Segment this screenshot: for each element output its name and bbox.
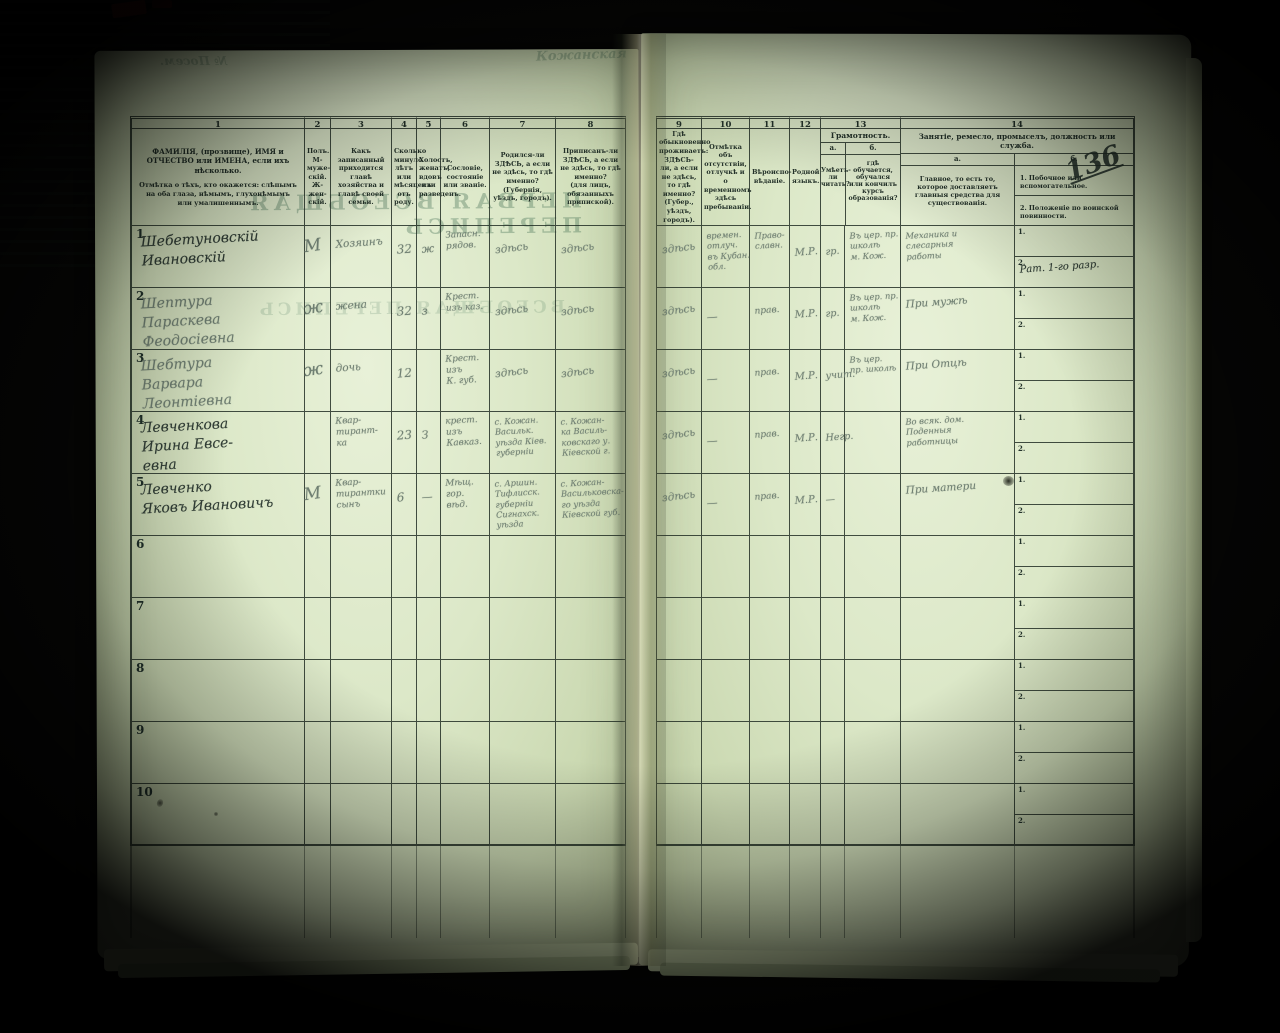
row-2-literacy_a: гр. [821, 288, 845, 350]
handwritten-entry: М.Р. [790, 490, 818, 508]
occupation-a-label: Главное, то есть то, которое доставляетъ… [901, 166, 1014, 225]
row-4-religion: прав. [750, 412, 790, 474]
literacy-b-label: гдѣ обучается, обучался или кончилъ курс… [846, 155, 900, 225]
handwritten-entry: Запасн. рядов. [441, 226, 481, 253]
row-3-name: 3Шебтура Варвара Леонтіевна [130, 350, 305, 412]
row-1-occupation_side1: 1. [1015, 226, 1133, 257]
handwritten-entry: здѣсь [490, 299, 529, 320]
handwritten-entry: Квар- тирант- ка [331, 412, 379, 450]
handwritten-entry: Шептура Параскева Феодосіевна [132, 285, 235, 353]
row-10-occupation-side: 1.2. [1015, 784, 1135, 846]
row-6-occupation_side2: 2. [1015, 567, 1133, 597]
row-1-literacy_b: Въ цер. пр. школѣ м. Кож. [845, 226, 901, 288]
handwritten-entry: здѣсь [556, 299, 595, 320]
col8-header: Приписанъ-ли ЗДѢСЬ, а если не здѣсь, то … [556, 129, 626, 226]
row-7-resides [656, 598, 702, 660]
row-4-absence: — [702, 412, 750, 474]
page-gutter [626, 116, 656, 129]
row-7-estate [441, 598, 490, 660]
row-7-age [392, 598, 417, 660]
row-10-age [392, 784, 417, 846]
row-2-religion: прав. [750, 288, 790, 350]
sub-row-number: 2. [1018, 816, 1025, 825]
row-2-name: 2Шептура Параскева Феодосіевна [130, 288, 305, 350]
row-8-occupation_side1: 1. [1015, 660, 1133, 691]
handwritten-entry: ж [298, 355, 325, 383]
row-9-name: 9 [130, 722, 305, 784]
handwritten-entry: прав. [750, 302, 780, 319]
row-2-age: 32 [392, 288, 417, 350]
row-7-relation [331, 598, 392, 660]
ink-blot [1003, 476, 1014, 486]
row-5-literacy_a: — [821, 474, 845, 536]
row-3-occupation_side2: 2. [1015, 381, 1133, 411]
page-gutter [626, 350, 656, 412]
row-3-relation: дочь [331, 350, 392, 412]
sub-row-number: 2. [1018, 320, 1025, 329]
row-9-resides [656, 722, 702, 784]
row-3-estate: Крест. изъ К. губ. [441, 350, 490, 412]
row-7-marital [417, 598, 441, 660]
row-10-registered [556, 784, 626, 846]
handwritten-entry: — [821, 491, 836, 507]
row-6-occupation-side: 1.2. [1015, 536, 1135, 598]
row-8-religion [750, 660, 790, 722]
row-9-literacy_a [821, 722, 845, 784]
row-9-age [392, 722, 417, 784]
row-9-occupation_side2: 2. [1015, 753, 1133, 783]
row-8-registered [556, 660, 626, 722]
row-5-relation: Квар- тирантки сынъ [331, 474, 392, 536]
row-9-occupation_main [901, 722, 1015, 784]
col11-header: Вѣроиспо-вѣданіе. [750, 129, 790, 226]
column-line-extension [305, 846, 331, 938]
row-3-marital [417, 350, 441, 412]
handwritten-entry: с. Кожан- ка Василь- ковскаго у. Кіевско… [556, 411, 611, 458]
column-line-extension [790, 846, 821, 938]
row-8-language [790, 660, 821, 722]
col7-number: 7 [490, 116, 556, 129]
row-number: 8 [136, 661, 144, 675]
row-10-relation [331, 784, 392, 846]
sub-row-number: 2. [1018, 444, 1025, 453]
row-3-resides: здѣсь [656, 350, 702, 412]
handwritten-entry: — [702, 307, 718, 325]
page-gutter [626, 536, 656, 598]
row-6-age [392, 536, 417, 598]
row-8-occupation_main [901, 660, 1015, 722]
handwritten-entry: с. Аршин. Тифлисск. губерніи Сигнахск. у… [490, 473, 542, 530]
column-line-extension [901, 846, 1015, 938]
column-line-extension [626, 846, 656, 938]
sub-row-number: 2. [1018, 506, 1025, 515]
row-7-occupation_side2: 2. [1015, 629, 1133, 659]
row-9-born [490, 722, 556, 784]
handwritten-entry: Крест. изъ каз. [441, 288, 483, 315]
row-8-occupation-side: 1.2. [1015, 660, 1135, 722]
handwritten-entry: М.Р. [790, 242, 818, 260]
literacy-header-title: Грамотность. [821, 129, 900, 143]
row-3-occupation_main: При Отцѣ [901, 350, 1015, 412]
row-1-occupation_main: Механика и слесарныя работы [901, 226, 1015, 288]
row-7-born [490, 598, 556, 660]
row-9-occupation-side: 1.2. [1015, 722, 1135, 784]
row-5-language: М.Р. [790, 474, 821, 536]
col1-header-note: Отмѣтка о тѣхъ, кто окажется: слѣпымъ на… [138, 181, 298, 207]
handwritten-entry: М [298, 231, 323, 259]
col5-number: 5 [417, 116, 441, 129]
row-8-literacy_b [845, 660, 901, 722]
row-9-estate [441, 722, 490, 784]
handwritten-entry: — [702, 369, 718, 387]
census-table: 1 2 3 4 5 6 7 8 9 10 11 12 13 14 ФАМИЛІЯ… [130, 116, 1135, 938]
row-4-marital: З [417, 412, 441, 474]
handwritten-entry: здѣсь [657, 423, 696, 444]
row-6-sex [305, 536, 331, 598]
row-6-name: 6 [130, 536, 305, 598]
handwritten-entry: 6 [392, 487, 405, 506]
row-1-occupation_side2: 2.Рат. 1-го разр. [1015, 257, 1133, 287]
row-10-literacy_b [845, 784, 901, 846]
sub-row-number: 1. [1018, 723, 1025, 732]
handwritten-entry: 32 [392, 239, 413, 259]
handwritten-entry: Во всяк. дом. Поденныя работницы [901, 411, 965, 448]
page-gutter [626, 288, 656, 350]
page-gutter [626, 784, 656, 846]
handwritten-entry: ж [298, 293, 325, 321]
row-1-born: здѣсь [490, 226, 556, 288]
row-3-literacy_b: Въ цер. пр. школѣ [845, 350, 901, 412]
handwritten-entry: ж [417, 239, 435, 257]
cover-red-mark [152, 0, 172, 8]
row-8-estate [441, 660, 490, 722]
col4-header: Сколько минуло лѣтъ или мѣсяцевъ отъ род… [392, 129, 417, 226]
col8-number: 8 [556, 116, 626, 129]
column-line-extension [417, 846, 441, 938]
row-8-literacy_a [821, 660, 845, 722]
row-3-language: М.Р. [790, 350, 821, 412]
handwritten-entry: Въ цер. пр. школѣ м. Кож. [845, 287, 900, 324]
row-7-language [790, 598, 821, 660]
row-4-occupation-side: 1.2. [1015, 412, 1135, 474]
handwritten-entry: При матери [901, 477, 977, 499]
row-6-resides [656, 536, 702, 598]
handwritten-entry: Левченко Яковъ Ивановичъ [132, 469, 274, 520]
col12-header: Родной языкъ. [790, 129, 821, 226]
handwritten-entry: Право- славн. [750, 226, 785, 251]
handwritten-entry: Въ цер. пр. школѣ м. Кож. [845, 225, 900, 262]
row-1-sex: М [305, 226, 331, 288]
sub-row-number: 1. [1018, 599, 1025, 608]
literacy-a-letter: а. [821, 143, 846, 154]
row-number: 10 [136, 785, 153, 799]
col1-number: 1 [130, 116, 305, 129]
page-gutter [626, 412, 656, 474]
row-7-absence [702, 598, 750, 660]
row-number: 9 [136, 723, 144, 737]
column-line-extension [490, 846, 556, 938]
row-6-relation [331, 536, 392, 598]
handwritten-entry: — [702, 431, 718, 449]
row-5-occupation_main: При матери [901, 474, 1015, 536]
row-2-literacy_b: Въ цер. пр. школѣ м. Кож. [845, 288, 901, 350]
row-10-religion [750, 784, 790, 846]
literacy-a-label: Умѣетъ-ли читать? [821, 155, 846, 225]
col1-header-main: ФАМИЛІЯ, (прозвище), ИМЯ и ОТЧЕСТВО или … [138, 147, 298, 176]
row-number: 7 [136, 599, 144, 613]
row-3-age: 12 [392, 350, 417, 412]
handwritten-entry: М.Р. [790, 304, 818, 322]
page-gutter [626, 129, 656, 226]
row-2-registered: здѣсь [556, 288, 626, 350]
col14-number: 14 [901, 116, 1135, 129]
handwritten-entry: Шебтура Варвара Леонтіевна [132, 347, 233, 415]
row-7-religion [750, 598, 790, 660]
row-9-marital [417, 722, 441, 784]
photo-background: № Посем. Кожанская ПЕРВАЯ ВСЕОБЩАЯ ПЕРЕП… [0, 0, 1280, 1033]
col1-header: ФАМИЛІЯ, (прозвище), ИМЯ и ОТЧЕСТВО или … [130, 129, 305, 226]
row-4-resides: здѣсь [656, 412, 702, 474]
row-10-marital [417, 784, 441, 846]
row-4-relation: Квар- тирант- ка [331, 412, 392, 474]
page-stack-edge [1186, 58, 1202, 942]
column-line-extension [845, 846, 901, 938]
row-9-literacy_b [845, 722, 901, 784]
handwritten-entry: прав. [750, 364, 780, 381]
page-gutter [626, 722, 656, 784]
row-9-absence [702, 722, 750, 784]
handwritten-entry: 32 [392, 301, 413, 321]
row-9-sex [305, 722, 331, 784]
handwritten-entry: здѣсь [490, 237, 529, 258]
sub-row-number: 1. [1018, 661, 1025, 670]
handwritten-entry: здѣсь [657, 299, 696, 320]
row-5-registered: с. Кожан- Васильковска- го уѣзда Кіевско… [556, 474, 626, 536]
handwritten-entry: При Отцѣ [901, 353, 967, 374]
occupation-a-letter: а. [901, 154, 1014, 166]
row-1-resides: здѣсь [656, 226, 702, 288]
row-10-occupation_side1: 1. [1015, 784, 1133, 815]
column-line-extension [441, 846, 490, 938]
sub-row-number: 1. [1018, 227, 1025, 236]
row-6-occupation_main [901, 536, 1015, 598]
handwritten-entry: с. Кожан- Васильковска- го уѣзда Кіевско… [556, 472, 625, 520]
row-2-resides: здѣсь [656, 288, 702, 350]
handwritten-entry: времен. отлуч. въ Кубан. обл. [702, 226, 751, 273]
row-7-sex [305, 598, 331, 660]
col2-number: 2 [305, 116, 331, 129]
row-5-absence: — [702, 474, 750, 536]
row-8-marital [417, 660, 441, 722]
row-8-born [490, 660, 556, 722]
sub-row-number: 2. [1018, 630, 1025, 639]
row-9-relation [331, 722, 392, 784]
col9-header: Гдѣ обыкновенно проживаетъ: ЗДѢСЬ-ли, а … [656, 129, 702, 226]
sub-row-number: 2. [1018, 568, 1025, 577]
row-2-absence: — [702, 288, 750, 350]
handwritten-entry: Шебетуновскій Ивановскій [132, 221, 260, 271]
column-line-extension [702, 846, 750, 938]
row-6-born [490, 536, 556, 598]
row-4-born: с. Кожан. Васильк. уѣзда Кіев. губерніи [490, 412, 556, 474]
handwritten-entry: здѣсь [556, 361, 595, 382]
row-8-age [392, 660, 417, 722]
row-5-occupation_side1: 1. [1015, 474, 1133, 505]
handwritten-entry: гр. [821, 305, 840, 322]
col10-number: 10 [702, 116, 750, 129]
row-6-literacy_b [845, 536, 901, 598]
col7-header: Родился-ли ЗДѢСЬ, а если не здѣсь, то гд… [490, 129, 556, 226]
row-2-sex: ж [305, 288, 331, 350]
handwritten-entry: М [298, 479, 323, 507]
row-3-occupation-side: 1.2. [1015, 350, 1135, 412]
handwritten-entry: М.Р. [790, 428, 818, 446]
col4-number: 4 [392, 116, 417, 129]
handwritten-entry: здѣсь [657, 361, 696, 382]
row-7-literacy_a [821, 598, 845, 660]
row-9-religion [750, 722, 790, 784]
row-4-sex [305, 412, 331, 474]
column-line-extension [821, 846, 845, 938]
row-6-religion [750, 536, 790, 598]
row-5-resides: здѣсь [656, 474, 702, 536]
row-number: 6 [136, 537, 144, 551]
handwritten-entry: М.Р. [790, 366, 818, 384]
row-6-occupation_side1: 1. [1015, 536, 1133, 567]
row-2-born: здѣсь [490, 288, 556, 350]
column-line-extension [656, 846, 702, 938]
literacy-b-letter: б. [846, 143, 900, 154]
row-7-occupation_main [901, 598, 1015, 660]
col11-number: 11 [750, 116, 790, 129]
row-8-occupation_side2: 2. [1015, 691, 1133, 721]
column-line-extension [392, 846, 417, 938]
row-5-marital: — [417, 474, 441, 536]
row-8-name: 8 [130, 660, 305, 722]
column-line-extension [750, 846, 790, 938]
row-2-estate: Крест. изъ каз. [441, 288, 490, 350]
row-2-occupation_side2: 2. [1015, 319, 1133, 349]
row-7-literacy_b [845, 598, 901, 660]
row-4-literacy_a: Негр. [821, 412, 845, 474]
row-6-literacy_a [821, 536, 845, 598]
row-1-literacy_a: гр. [821, 226, 845, 288]
row-5-occupation-side: 1.2. [1015, 474, 1135, 536]
row-3-literacy_a: учит. [821, 350, 845, 412]
row-4-language: М.Р. [790, 412, 821, 474]
row-5-born: с. Аршин. Тифлисск. губерніи Сигнахск. у… [490, 474, 556, 536]
row-2-relation: жена [331, 288, 392, 350]
row-3-religion: прав. [750, 350, 790, 412]
handwritten-entry: здѣсь [490, 361, 529, 382]
row-5-name: 5Левченко Яковъ Ивановичъ [130, 474, 305, 536]
row-5-occupation_side2: 2. [1015, 505, 1133, 535]
handwritten-entry: здѣсь [657, 485, 696, 506]
col13-number: 13 [821, 116, 901, 129]
row-3-sex: ж [305, 350, 331, 412]
col6-header: Сословіе, состояніе или званіе. [441, 129, 490, 226]
row-7-occupation_side1: 1. [1015, 598, 1133, 629]
page-gutter [626, 226, 656, 288]
handwritten-entry: прав. [750, 488, 780, 505]
row-4-age: 23 [392, 412, 417, 474]
col6-number: 6 [441, 116, 490, 129]
row-3-occupation_side1: 1. [1015, 350, 1133, 381]
row-2-occupation_side1: 1. [1015, 288, 1133, 319]
col9-number: 9 [656, 116, 702, 129]
row-2-marital: з [417, 288, 441, 350]
handwritten-entry: Левченкова Ирина Евсе- евна [132, 409, 235, 477]
col2-header: Полъ. М-муже- скій. Ж-жен- скій. [305, 129, 331, 226]
handwritten-entry: Въ цер. пр. школѣ [845, 349, 897, 375]
row-1-name: 1Шебетуновскій Ивановскій [130, 226, 305, 288]
row-4-estate: крест. изъ Кавказ. [441, 412, 490, 474]
row-1-marital: ж [417, 226, 441, 288]
row-1-registered: здѣсь [556, 226, 626, 288]
column-line-extension [556, 846, 626, 938]
handwritten-entry: гр. [821, 243, 840, 260]
row-10-sex [305, 784, 331, 846]
row-10-occupation_main [901, 784, 1015, 846]
handwritten-entry: З [417, 425, 429, 443]
sub-row-number: 2. [1018, 382, 1025, 391]
row-8-relation [331, 660, 392, 722]
sub-row-number: 1. [1018, 537, 1025, 546]
row-4-occupation_side1: 1. [1015, 412, 1133, 443]
handwritten-entry: Рат. 1-го разр. [1015, 255, 1100, 277]
row-10-absence [702, 784, 750, 846]
sub-row-number: 1. [1018, 351, 1025, 360]
row-1-absence: времен. отлуч. въ Кубан. обл. [702, 226, 750, 288]
row-6-registered [556, 536, 626, 598]
col3-number: 3 [331, 116, 392, 129]
row-2-language: М.Р. [790, 288, 821, 350]
row-2-occupation_main: При мужѣ [901, 288, 1015, 350]
handwritten-entry: здѣсь [657, 237, 696, 258]
row-7-name: 7 [130, 598, 305, 660]
handwritten-entry: Квар- тирантки сынъ [331, 473, 387, 512]
row-4-occupation_main: Во всяк. дом. Поденныя работницы [901, 412, 1015, 474]
row-3-registered: здѣсь [556, 350, 626, 412]
row-5-sex: М [305, 474, 331, 536]
row-1-religion: Право- славн. [750, 226, 790, 288]
handwritten-entry: прав. [750, 426, 780, 443]
sub-row-number: 1. [1018, 475, 1025, 484]
row-9-language [790, 722, 821, 784]
row-5-estate: Мѣщ. гор. вѣд. [441, 474, 490, 536]
handwritten-entry: здѣсь [556, 237, 595, 258]
handwritten-entry: Хозяинъ [331, 232, 383, 252]
row-10-born [490, 784, 556, 846]
column-line-extension [331, 846, 392, 938]
row-8-absence [702, 660, 750, 722]
row-4-occupation_side2: 2. [1015, 443, 1133, 473]
row-3-born: здѣсь [490, 350, 556, 412]
row-1-language: М.Р. [790, 226, 821, 288]
handwritten-entry: — [417, 487, 433, 505]
row-1-age: 32 [392, 226, 417, 288]
handwritten-entry: 23 [392, 425, 413, 445]
column-line-extension [1015, 846, 1135, 938]
row-6-language [790, 536, 821, 598]
sub-row-number: 1. [1018, 785, 1025, 794]
occupation-b2-label: 2. Положеніе по воинской повинности. [1015, 196, 1133, 225]
handwritten-entry: 12 [392, 363, 413, 383]
col3-header: Какъ записанный приходится главѣ хозяйст… [331, 129, 392, 226]
row-5-literacy_b [845, 474, 901, 536]
row-2-occupation-side: 1.2. [1015, 288, 1135, 350]
sub-row-number: 1. [1018, 413, 1025, 422]
